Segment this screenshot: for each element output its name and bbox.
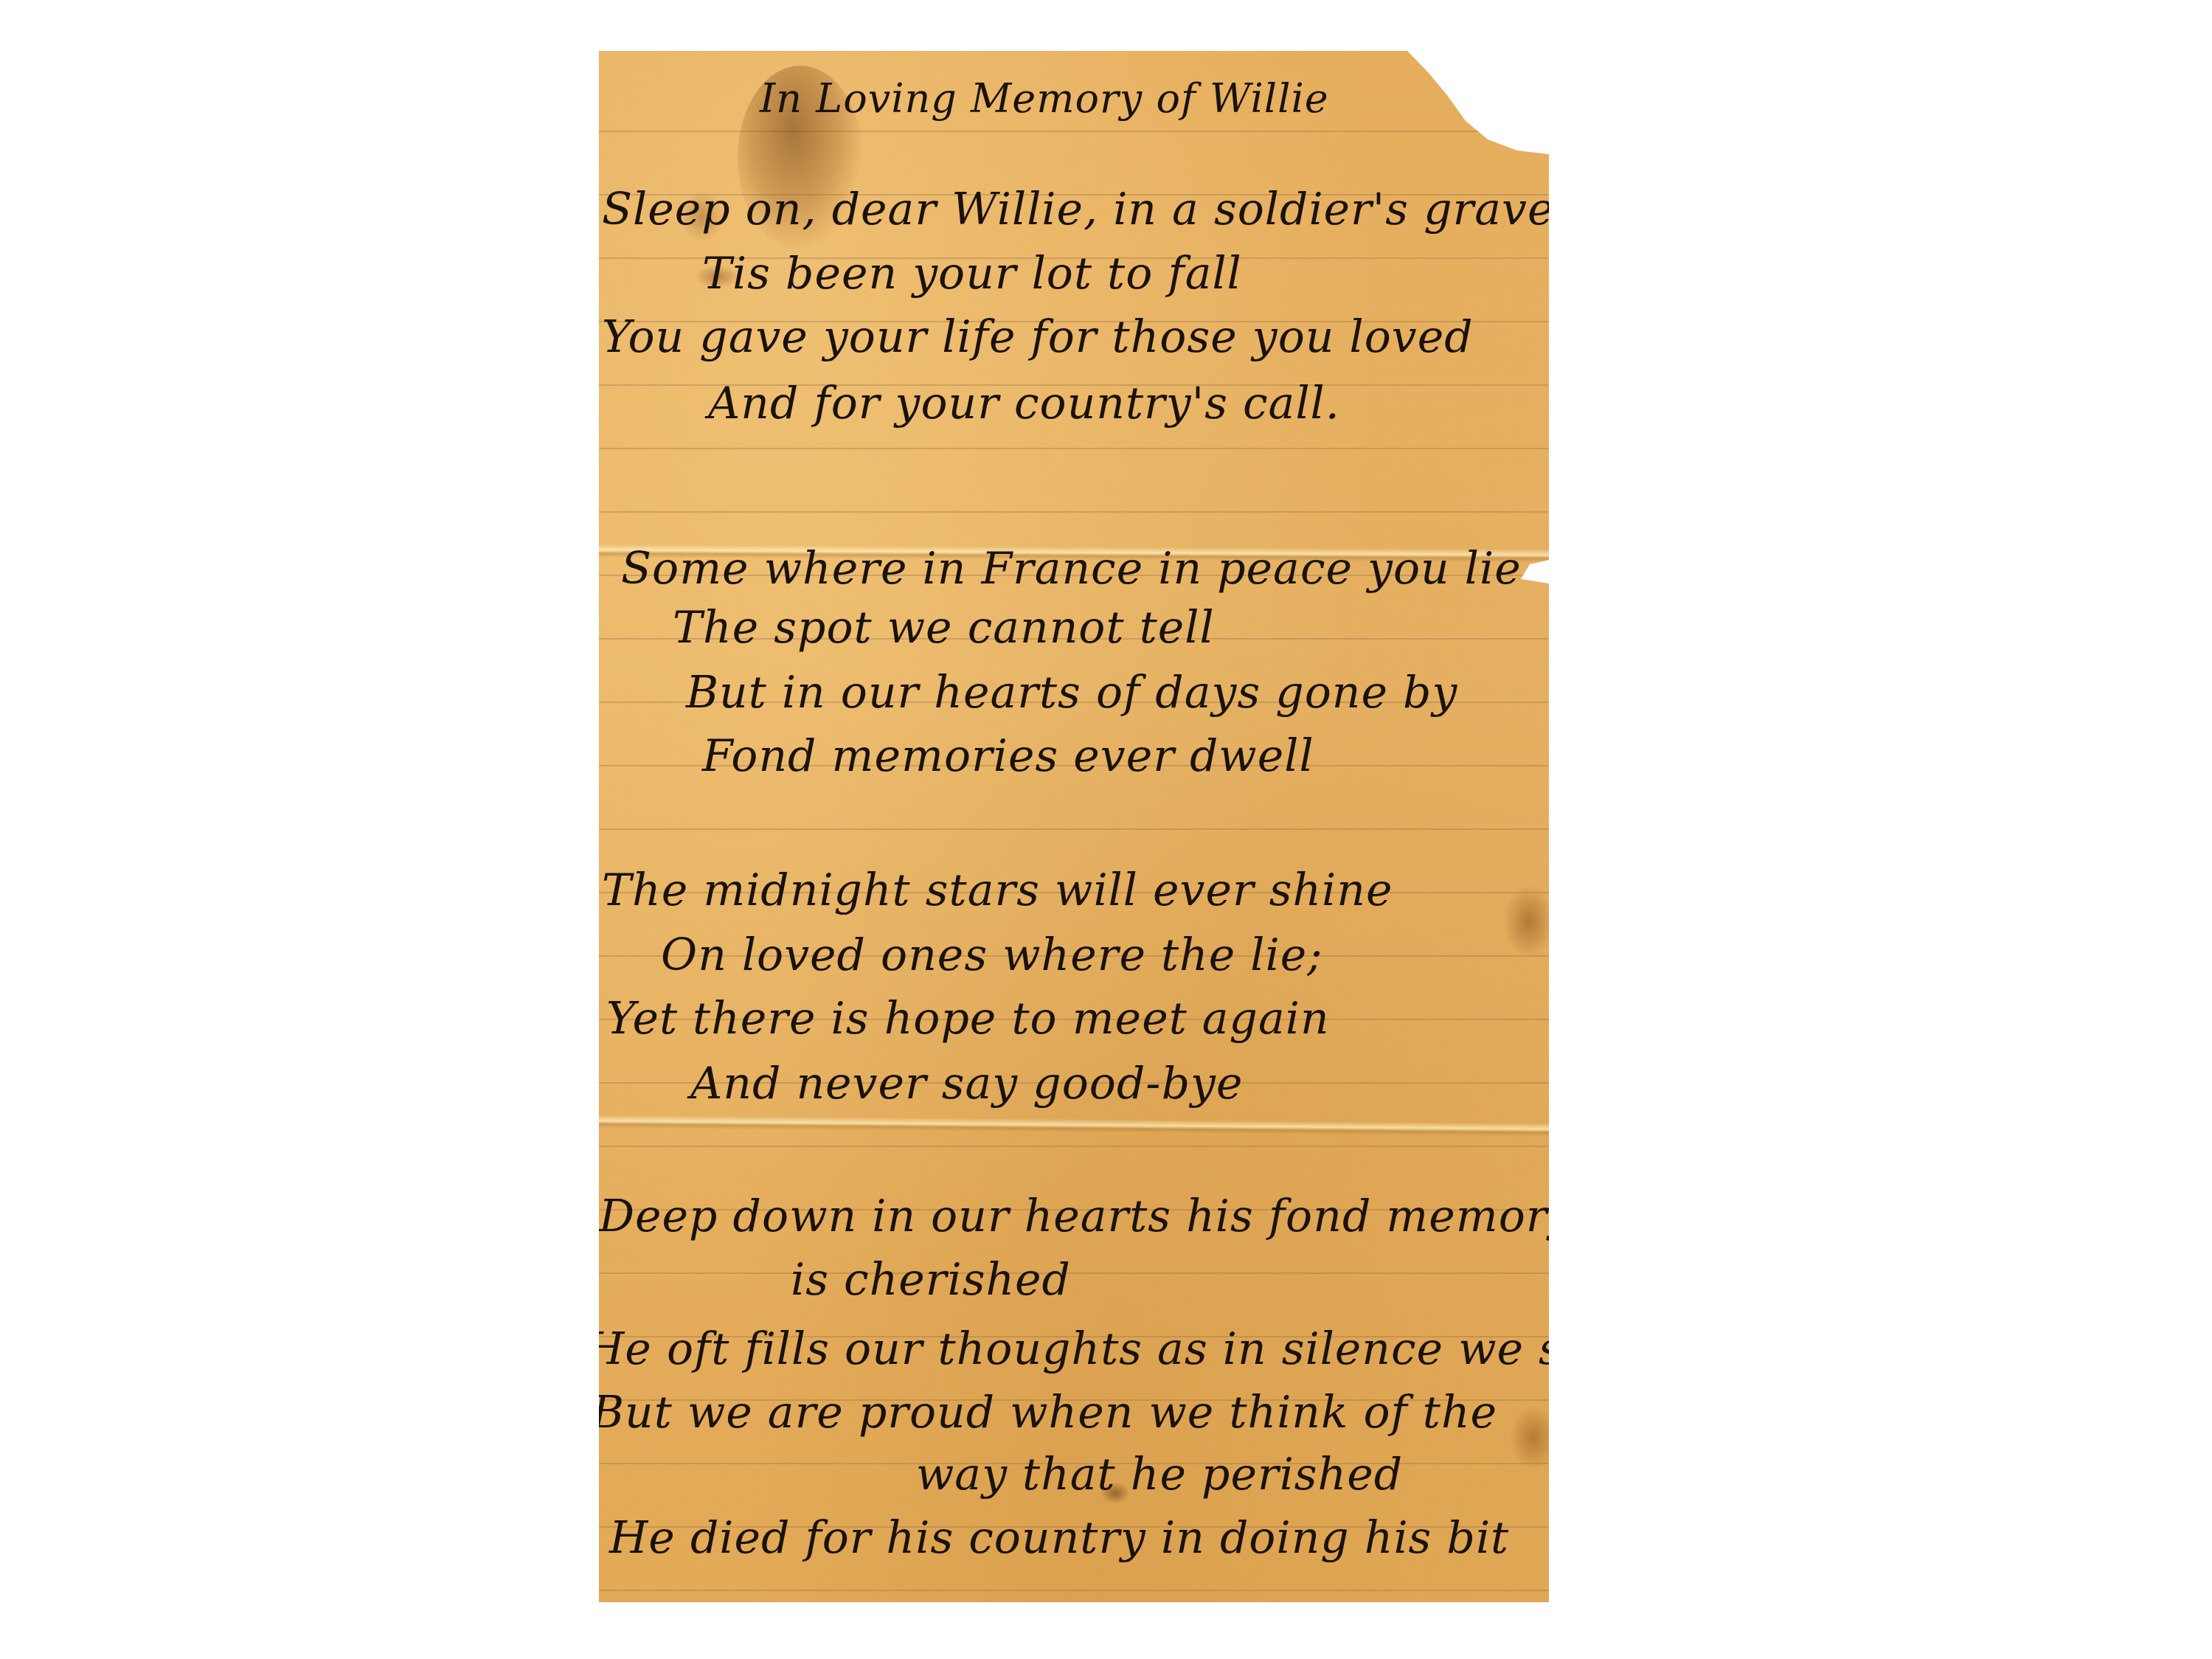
poem-line: He died for his country in doing his bit [609, 1516, 1509, 1560]
poem-title: In Loving Memory of Willie [760, 79, 1329, 119]
poem-line: Fond memories ever dwell [702, 734, 1314, 778]
poem-line: way that he perished [916, 1452, 1403, 1497]
poem-line: Yet there is hope to meet again [606, 997, 1330, 1041]
water-stain [1510, 1405, 1549, 1471]
poem-line: And for your country's call. [708, 381, 1340, 426]
water-stain [1503, 884, 1549, 958]
letter-page: In Loving Memory of Willie Sleep on, dea… [599, 51, 1549, 1602]
poem-line: is cherished [791, 1258, 1071, 1302]
poem-line: But in our hearts of days gone by [686, 671, 1457, 715]
poem-line: You gave your life for those you loved [602, 315, 1474, 359]
poem-line: Some where in France in peace you lie [621, 547, 1522, 591]
poem-line: Deep down in our hearts his fond memory [599, 1194, 1549, 1239]
poem-line: Tis been your lot to fall [702, 252, 1242, 296]
poem-line: On loved ones where the lie; [661, 933, 1322, 977]
poem-line: The midnight stars will ever shine [602, 868, 1393, 912]
poem-line: Sleep on, dear Willie, in a soldier's gr… [602, 187, 1549, 232]
poem-line: And never say good-bye [690, 1061, 1243, 1106]
poem-line: He oft fills our thoughts as in silence … [599, 1327, 1549, 1371]
poem-line: The spot we cannot tell [673, 606, 1215, 650]
poem-line: But we are proud when we think of the [599, 1390, 1497, 1435]
paper-fold-crease [599, 1115, 1549, 1136]
